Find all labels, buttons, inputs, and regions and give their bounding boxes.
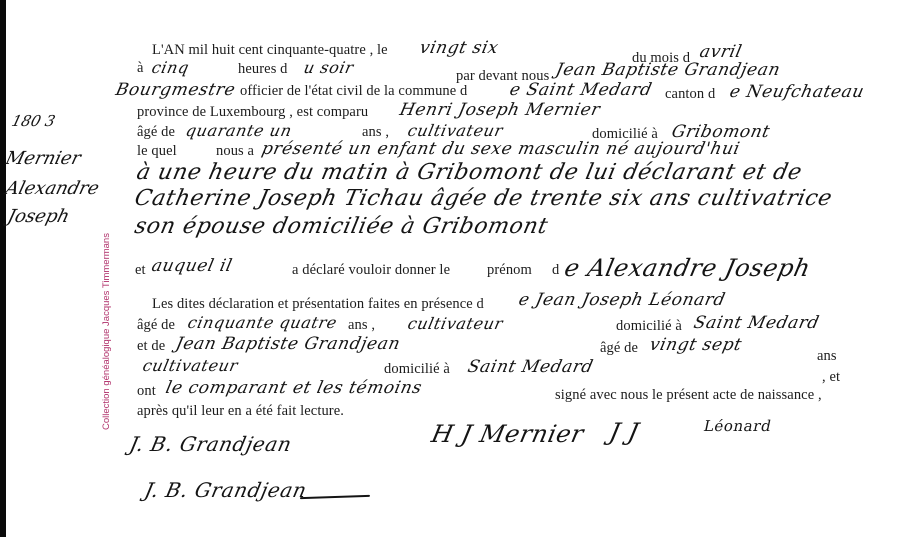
- printed-et: et: [135, 262, 146, 279]
- hand-official-name: Jean Baptiste Grandjean: [554, 60, 782, 80]
- printed-years-w2: ans: [817, 348, 837, 365]
- hand-presented-child: présenté un enfant du sexe masculin né a…: [260, 139, 742, 159]
- printed-et-de: et de: [137, 338, 165, 355]
- printed-domicile-w2: domicilié à: [384, 361, 450, 378]
- hand-signers: le comparant et les témoins: [164, 378, 424, 398]
- hand-witness1-name: e Jean Joseph Léonard: [517, 290, 727, 310]
- margin-surname: Mernier: [3, 148, 83, 169]
- scan-border: [0, 0, 6, 537]
- hand-declarant: Henri Joseph Mernier: [398, 100, 602, 120]
- hand-witness1-domicile: Saint Medard: [692, 313, 821, 333]
- printed-hours: heures d: [238, 61, 288, 78]
- hand-auquel: auquel il: [150, 256, 234, 276]
- printed-lequel: le quel: [137, 143, 177, 160]
- hand-witness2-age: vingt sept: [648, 335, 744, 355]
- printed-nous: nous a: [216, 143, 254, 160]
- signature-jj: J J: [607, 418, 642, 446]
- signature-grandjean-2: J. B. Grandjean: [142, 478, 309, 502]
- hand-given-name: e Alexandre Joseph: [562, 254, 813, 282]
- printed-ont: ont: [137, 383, 156, 400]
- hand-month: avril: [698, 42, 744, 62]
- printed-province: province de Luxembourg , est comparu: [137, 104, 368, 121]
- margin-given-name-2: Joseph: [5, 206, 71, 227]
- collection-watermark: Collection généalogique Jacques Timmerma…: [101, 233, 112, 430]
- hand-commune: e Saint Medard: [508, 80, 654, 100]
- printed-a: à: [137, 60, 144, 77]
- hand-canton: e Neufchateau: [728, 82, 866, 102]
- hand-time-of-day: u soir: [302, 58, 356, 77]
- printed-witness-intro: Les dites déclaration et présentation fa…: [152, 296, 484, 313]
- hand-witness1-age: cinquante quatre: [186, 313, 339, 332]
- printed-age-w1: âgé de: [137, 317, 175, 334]
- hand-declarant-occupation: cultivateur: [406, 121, 505, 140]
- printed-and: , et: [822, 369, 840, 386]
- printed-domicile-w1: domicilié à: [616, 318, 682, 335]
- hand-spouse-domicile: son épouse domiciliée à Gribomont: [132, 214, 550, 239]
- printed-reading-statement: après qu'il leur en a été fait lecture.: [137, 403, 344, 420]
- margin-record-number: 180 3: [10, 112, 57, 130]
- hand-hour: cinq: [150, 58, 191, 77]
- printed-year-phrase: L'AN mil huit cent cinquante-quatre , le: [152, 42, 388, 59]
- hand-declarant-age: quarante un: [184, 121, 294, 140]
- printed-d: d: [552, 262, 559, 279]
- hand-witness2-occupation: cultivateur: [141, 356, 240, 375]
- signature-flourish: [300, 495, 370, 499]
- margin-given-name-1: Alexandre: [3, 178, 101, 199]
- hand-day: vingt six: [418, 38, 501, 58]
- printed-declared: a déclaré vouloir donner le: [292, 262, 450, 279]
- hand-mother: Catherine Joseph Tichau âgée de trente s…: [132, 186, 834, 211]
- printed-age-w2: âgé de: [600, 340, 638, 357]
- printed-officer: officier de l'état civil de la commune d: [240, 83, 467, 100]
- printed-age: âgé de: [137, 124, 175, 141]
- hand-witness2-domicile: Saint Medard: [466, 357, 595, 377]
- printed-prenom: prénom: [487, 262, 532, 279]
- hand-witness1-occupation: cultivateur: [406, 314, 505, 333]
- hand-witness2-name: Jean Baptiste Grandjean: [174, 334, 402, 354]
- signature-leonard: Léonard: [702, 417, 773, 435]
- signature-mernier: H J Mernier: [429, 420, 586, 448]
- printed-canton: canton d: [665, 86, 715, 103]
- printed-years-w1: ans ,: [348, 317, 375, 334]
- signature-grandjean-1: J. B. Grandjean: [127, 432, 294, 456]
- hand-birth-time-place: à une heure du matin à Gribomont de lui …: [134, 160, 804, 185]
- printed-signed-statement: signé avec nous le présent acte de naiss…: [555, 387, 822, 404]
- hand-title: Bourgmestre: [114, 80, 237, 100]
